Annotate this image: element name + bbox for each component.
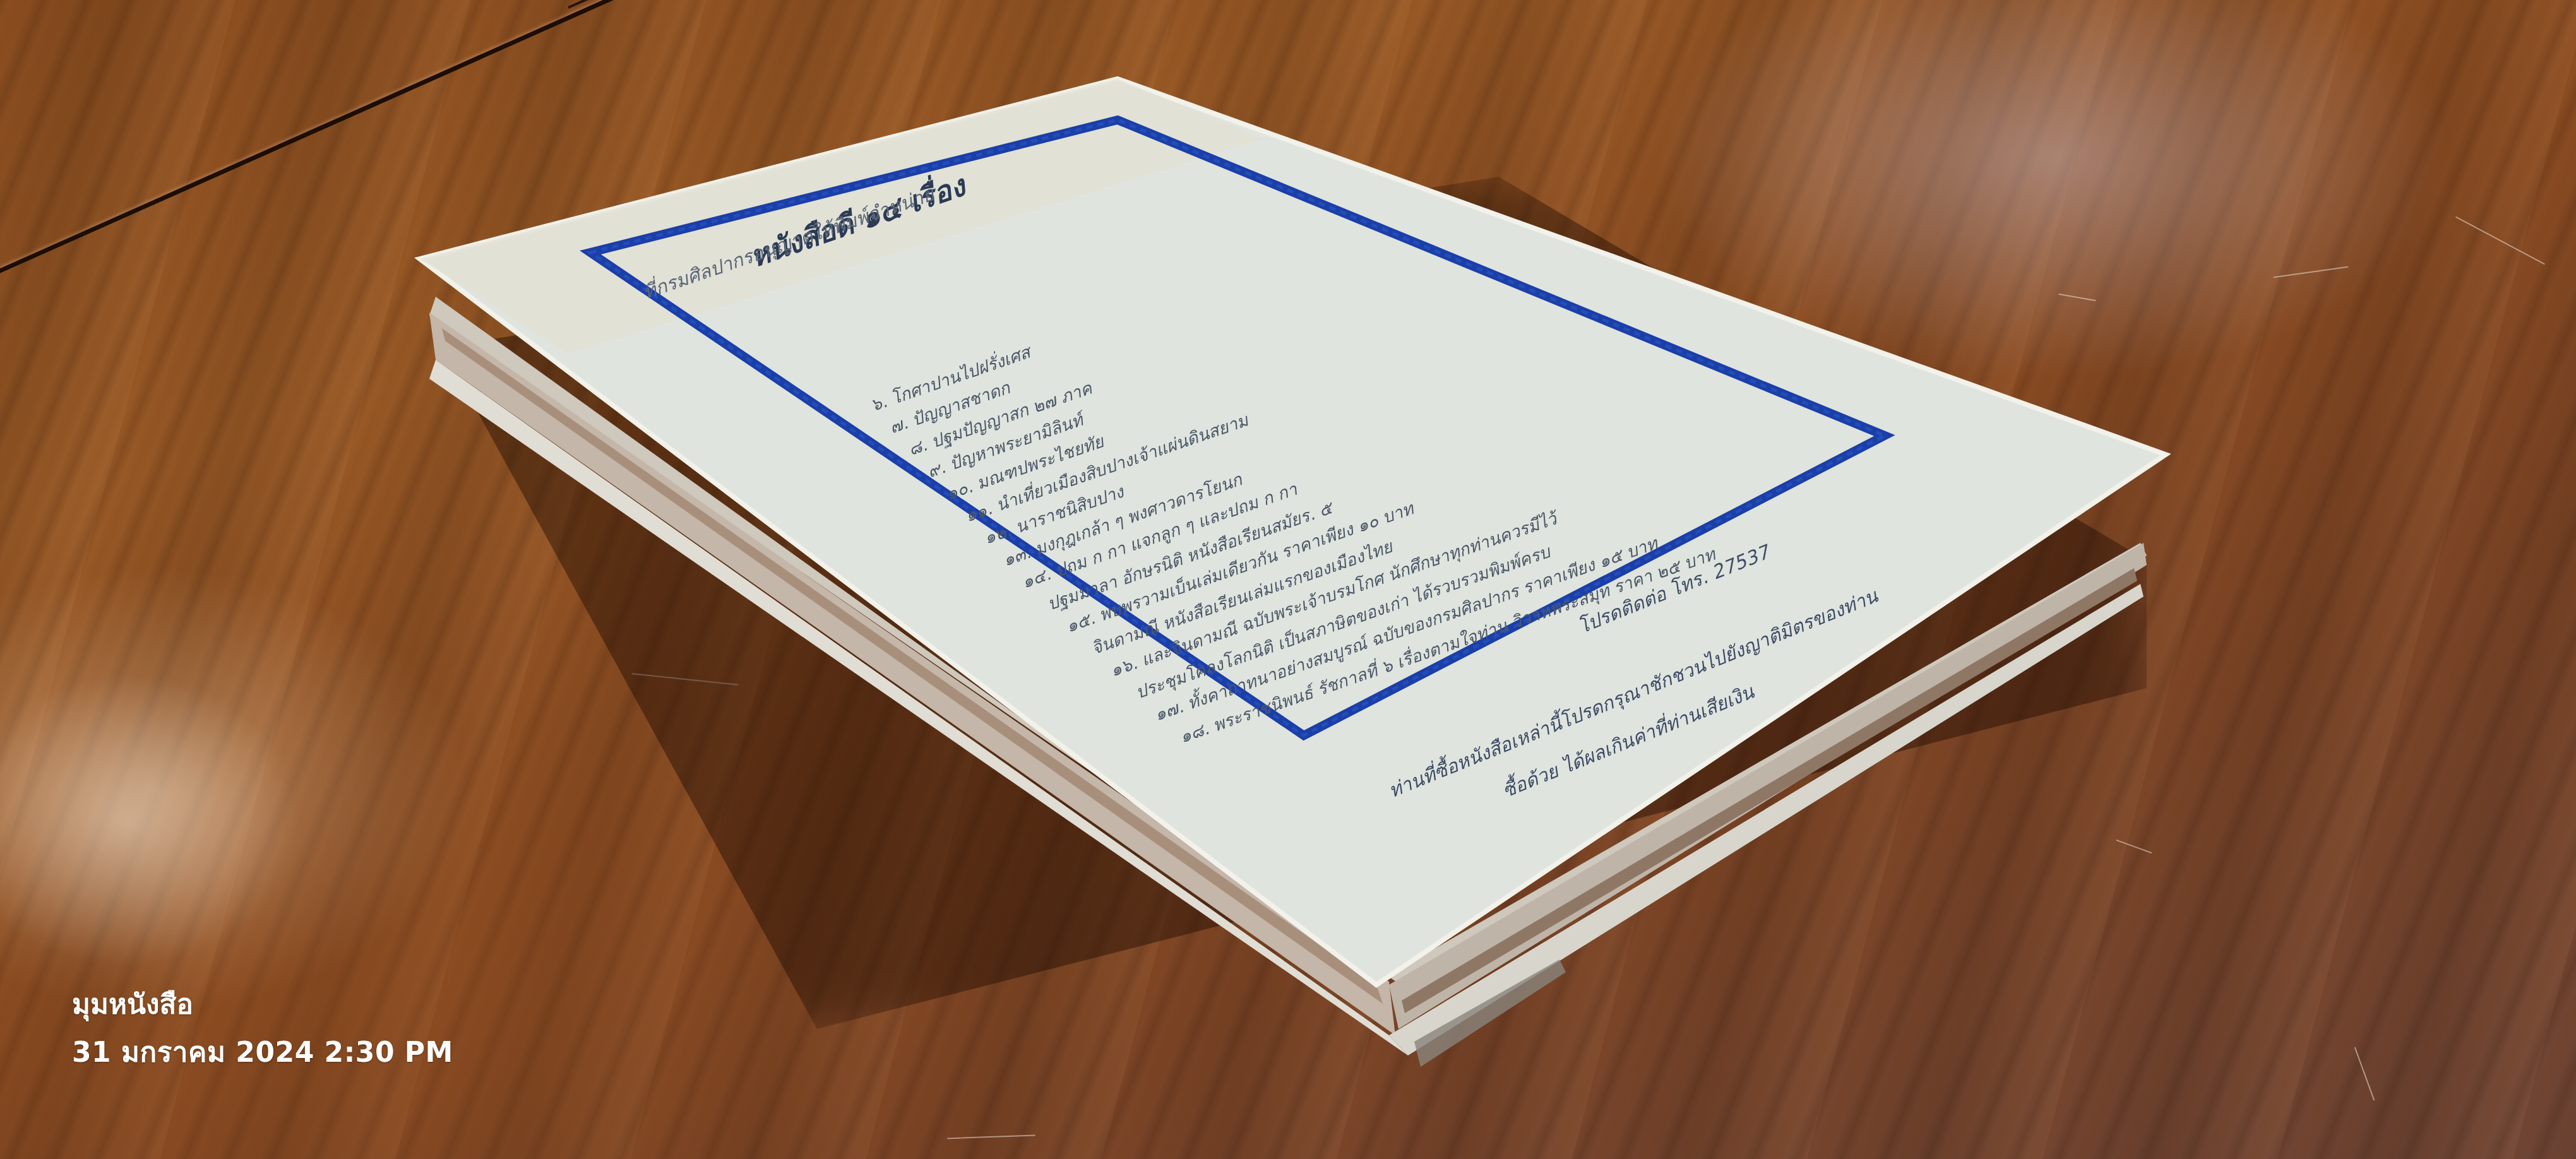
photo-caption: มุมหนังสือ 31 มกราคม 2024 2:30 PM	[72, 986, 453, 1072]
caption-datetime: 31 มกราคม 2024 2:30 PM	[72, 1034, 453, 1072]
caption-label: มุมหนังสือ	[72, 986, 453, 1024]
book	[0, 0, 2576, 1159]
photo-scene: หนังสือดี ๑๔ เรื่อง ที่กรมศิลปากรอนุญาตใ…	[0, 0, 2576, 1159]
